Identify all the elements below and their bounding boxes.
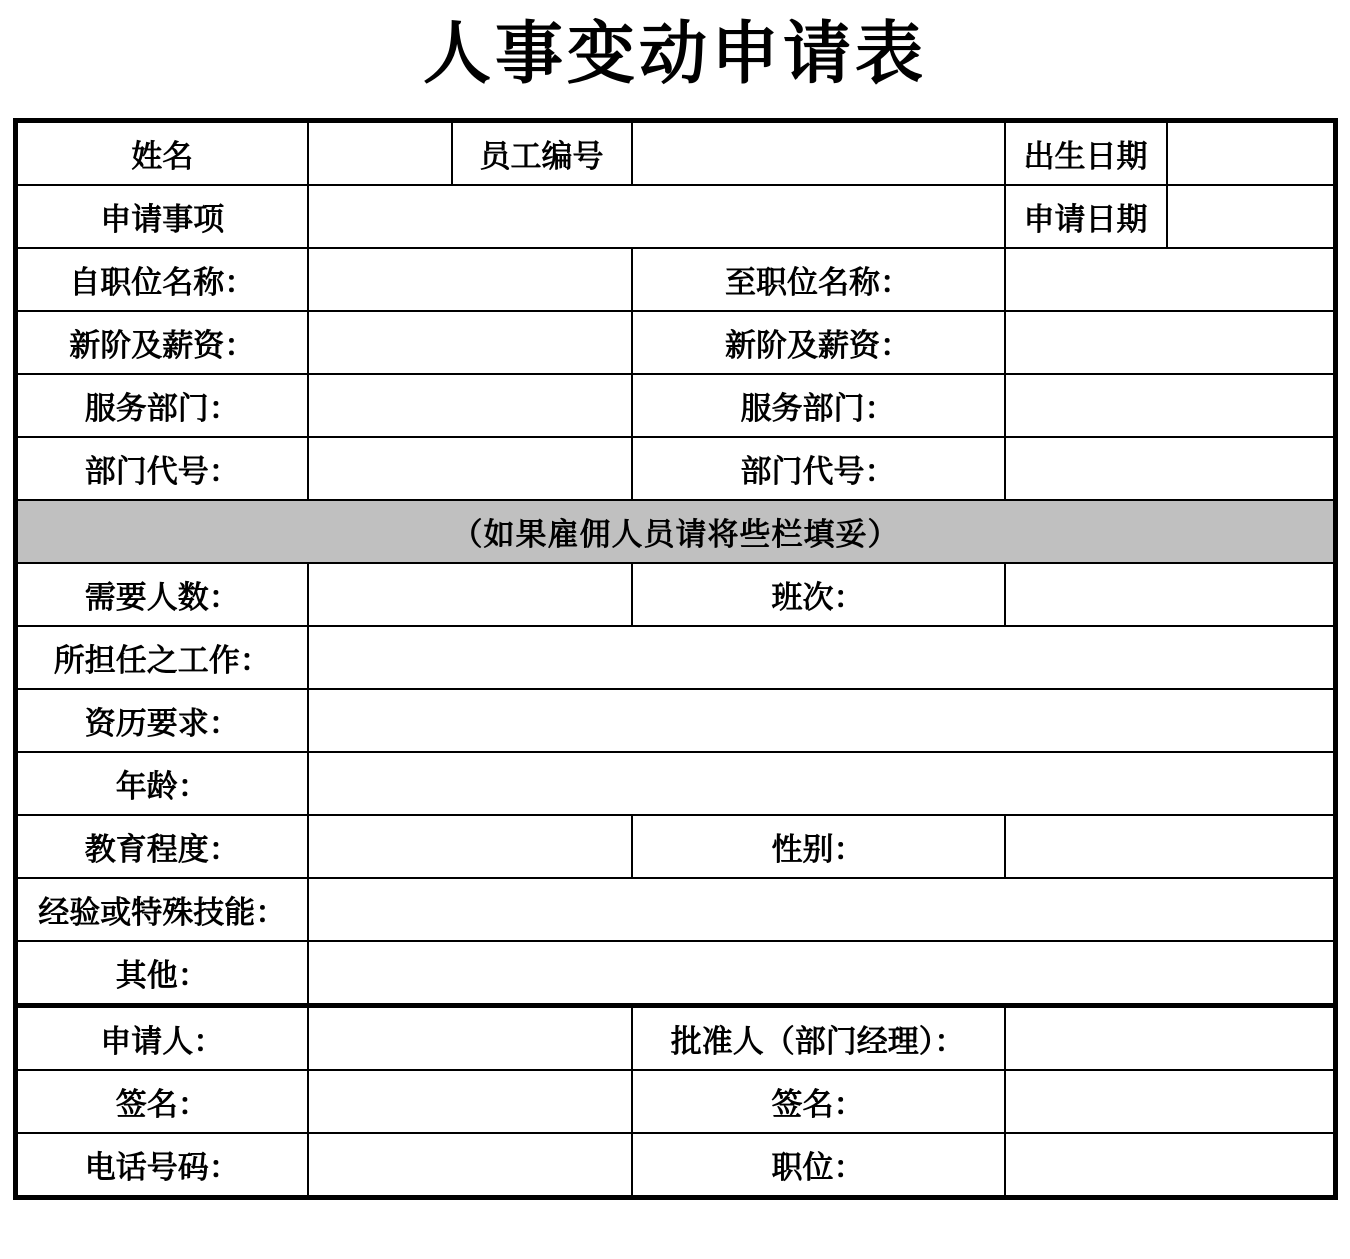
headcount-label: 需要人数： (16, 563, 308, 626)
table-row: 电话号码： 职位： (16, 1133, 1336, 1198)
table-row: 自职位名称： 至职位名称： (16, 248, 1336, 311)
shift-input-cell[interactable] (1005, 563, 1336, 626)
approver-input-cell[interactable] (1005, 1006, 1336, 1071)
application-item-label: 申请事项 (16, 185, 308, 248)
age-label: 年龄： (16, 752, 308, 815)
table-row: 申请人： 批准人（部门经理）： (16, 1006, 1336, 1071)
approver-signature-label: 签名： (632, 1070, 1005, 1133)
applicant-signature-input-cell[interactable] (308, 1070, 632, 1133)
from-dept-code-input-cell[interactable] (308, 437, 632, 500)
name-input-cell[interactable] (308, 121, 452, 186)
to-department-label: 服务部门： (632, 374, 1005, 437)
gender-label: 性别： (632, 815, 1005, 878)
age-input-cell[interactable] (308, 752, 1336, 815)
from-position-label: 自职位名称： (16, 248, 308, 311)
application-date-input-cell[interactable] (1167, 185, 1336, 248)
table-row: 年龄： (16, 752, 1336, 815)
job-duties-label: 所担任之工作： (16, 626, 308, 689)
from-position-input-cell[interactable] (308, 248, 632, 311)
to-grade-salary-label: 新阶及薪资： (632, 311, 1005, 374)
education-label: 教育程度： (16, 815, 308, 878)
table-row: 部门代号： 部门代号： (16, 437, 1336, 500)
experience-skills-input-cell[interactable] (308, 878, 1336, 941)
form-title: 人事变动申请表 (0, 4, 1350, 104)
name-label: 姓名 (16, 121, 308, 186)
table-row: 经验或特殊技能： (16, 878, 1336, 941)
birth-date-label: 出生日期 (1005, 121, 1167, 186)
to-dept-code-input-cell[interactable] (1005, 437, 1336, 500)
applicant-input-cell[interactable] (308, 1006, 632, 1071)
table-row: 申请事项 申请日期 (16, 185, 1336, 248)
table-row: 新阶及薪资： 新阶及薪资： (16, 311, 1336, 374)
to-department-input-cell[interactable] (1005, 374, 1336, 437)
qualifications-label: 资历要求： (16, 689, 308, 752)
employee-id-label: 员工编号 (452, 121, 632, 186)
from-grade-salary-input-cell[interactable] (308, 311, 632, 374)
birth-date-input-cell[interactable] (1167, 121, 1336, 186)
phone-input-cell[interactable] (308, 1133, 632, 1198)
from-grade-salary-label: 新阶及薪资： (16, 311, 308, 374)
application-date-label: 申请日期 (1005, 185, 1167, 248)
education-input-cell[interactable] (308, 815, 632, 878)
table-row: 姓名 员工编号 出生日期 (16, 121, 1336, 186)
table-row: （如果雇佣人员请将些栏填妥） (16, 500, 1336, 563)
approver-signature-input-cell[interactable] (1005, 1070, 1336, 1133)
to-dept-code-label: 部门代号： (632, 437, 1005, 500)
experience-skills-label: 经验或特殊技能： (16, 878, 308, 941)
employee-id-input-cell[interactable] (632, 121, 1005, 186)
personnel-change-form-table: 姓名 员工编号 出生日期 申请事项 申请日期 自职位名称： 至职位名称： (13, 118, 1338, 1200)
table-row: 其他： (16, 941, 1336, 1006)
approver-label: 批准人（部门经理）： (632, 1006, 1005, 1071)
table-row: 需要人数： 班次： (16, 563, 1336, 626)
hiring-section-note: （如果雇佣人员请将些栏填妥） (16, 500, 1336, 563)
from-dept-code-label: 部门代号： (16, 437, 308, 500)
other-label: 其他： (16, 941, 308, 1006)
from-department-label: 服务部门： (16, 374, 308, 437)
qualifications-input-cell[interactable] (308, 689, 1336, 752)
table-row: 签名： 签名： (16, 1070, 1336, 1133)
position-label: 职位： (632, 1133, 1005, 1198)
phone-label: 电话号码： (16, 1133, 308, 1198)
headcount-input-cell[interactable] (308, 563, 632, 626)
table-row: 资历要求： (16, 689, 1336, 752)
from-department-input-cell[interactable] (308, 374, 632, 437)
position-input-cell[interactable] (1005, 1133, 1336, 1198)
table-row: 服务部门： 服务部门： (16, 374, 1336, 437)
gender-input-cell[interactable] (1005, 815, 1336, 878)
other-input-cell[interactable] (308, 941, 1336, 1006)
applicant-signature-label: 签名： (16, 1070, 308, 1133)
job-duties-input-cell[interactable] (308, 626, 1336, 689)
table-row: 所担任之工作： (16, 626, 1336, 689)
form-page: 人事变动申请表 姓名 员工编号 出生日期 申请事项 申请日期 (0, 0, 1350, 1259)
application-item-input-cell[interactable] (308, 185, 1005, 248)
to-position-input-cell[interactable] (1005, 248, 1336, 311)
to-grade-salary-input-cell[interactable] (1005, 311, 1336, 374)
applicant-label: 申请人： (16, 1006, 308, 1071)
table-row: 教育程度： 性别： (16, 815, 1336, 878)
to-position-label: 至职位名称： (632, 248, 1005, 311)
shift-label: 班次： (632, 563, 1005, 626)
